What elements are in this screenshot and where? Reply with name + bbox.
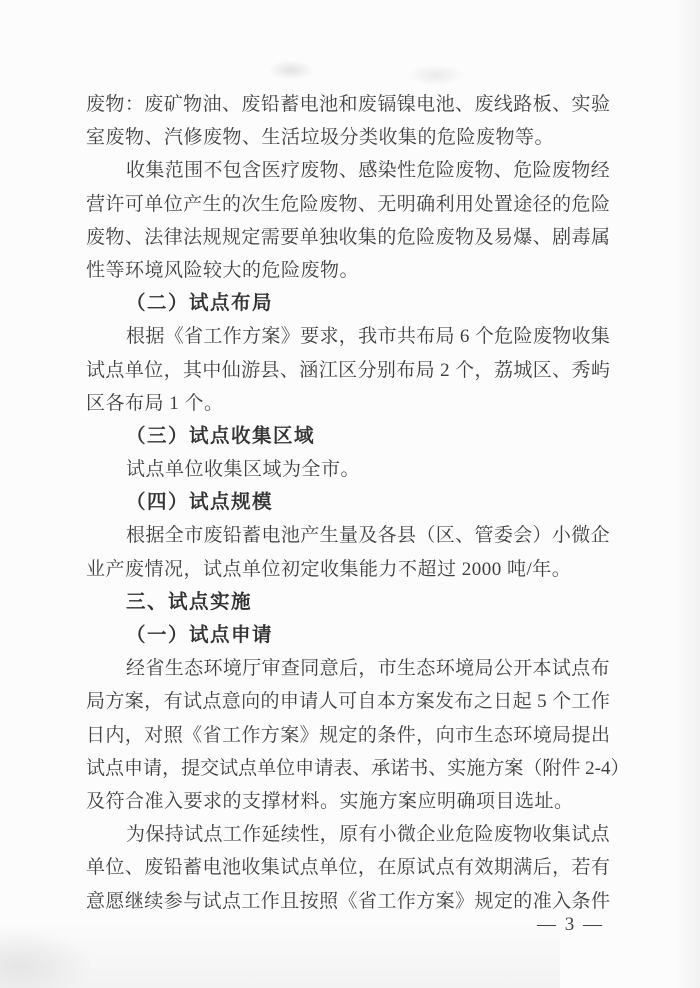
- document-line: 业产废情况，试点单位初定收集能力不超过 2000 吨/年。: [86, 553, 610, 586]
- document-line: 根据《省工作方案》要求，我市共布局 6 个危险废物收集: [86, 320, 610, 353]
- scan-artifact-smudge: [0, 930, 90, 988]
- document-line: 意愿继续参与试点工作且按照《省工作方案》规定的准入条件: [86, 885, 610, 918]
- document-line: 试点单位，其中仙游县、涵江区分别布局 2 个，荔城区、秀屿: [86, 354, 610, 387]
- document-line: 营许可单位产生的次生危险废物、无明确利用处置途径的危险: [86, 188, 610, 221]
- document-line: 日内，对照《省工作方案》规定的条件，向市生态环境局提出: [86, 719, 610, 752]
- document-line: 废物：废矿物油、废铅蓄电池和废镉镍电池、废线路板、实验: [86, 88, 610, 121]
- document-line: （一）试点申请: [86, 619, 610, 652]
- page-number: — 3 —: [537, 912, 604, 938]
- document-line: （四）试点规模: [86, 486, 610, 519]
- document-line: 试点单位收集区域为全市。: [86, 453, 610, 486]
- scan-artifact-smudge: [408, 64, 464, 86]
- document-line: 及符合准入要求的支撑材料。实施方案应明确项目选址。: [86, 785, 610, 818]
- document-line: 经省生态环境厅审查同意后，市生态环境局公开本试点布: [86, 652, 610, 685]
- document-line: 区各布局 1 个。: [86, 387, 610, 420]
- document-line: 废物、法律法规规定需要单独收集的危险废物及易爆、剧毒属: [86, 221, 610, 254]
- document-line: 根据全市废铅蓄电池产生量及各县（区、管委会）小微企: [86, 519, 610, 552]
- document-line: （三）试点收集区域: [86, 420, 610, 453]
- document-line: 单位、废铅蓄电池收集试点单位，在原试点有效期满后，若有: [86, 851, 610, 884]
- scan-artifact-edge-shade: [672, 0, 700, 988]
- document-line: 试点申请，提交试点单位申请表、承诺书、实施方案（附件 2-4）: [86, 752, 610, 785]
- document-body: 废物：废矿物油、废铅蓄电池和废镉镍电池、废线路板、实验室废物、汽修废物、生活垃圾…: [86, 88, 610, 918]
- scanned-document-page: 废物：废矿物油、废铅蓄电池和废镉镍电池、废线路板、实验室废物、汽修废物、生活垃圾…: [0, 0, 700, 988]
- document-line: 局方案，有试点意向的申请人可自本方案发布之日起 5 个工作: [86, 685, 610, 718]
- document-line: 三、试点实施: [86, 586, 610, 619]
- document-line: 收集范围不包含医疗废物、感染性危险废物、危险废物经: [86, 154, 610, 187]
- scan-artifact-shade: [0, 918, 560, 988]
- document-line: 室废物、汽修废物、生活垃圾分类收集的危险废物等。: [86, 121, 610, 154]
- document-line: 性等环境风险较大的危险废物。: [86, 254, 610, 287]
- document-line: （二）试点布局: [86, 287, 610, 320]
- scan-artifact-smudge: [268, 60, 314, 80]
- document-line: 为保持试点工作延续性，原有小微企业危险废物收集试点: [86, 818, 610, 851]
